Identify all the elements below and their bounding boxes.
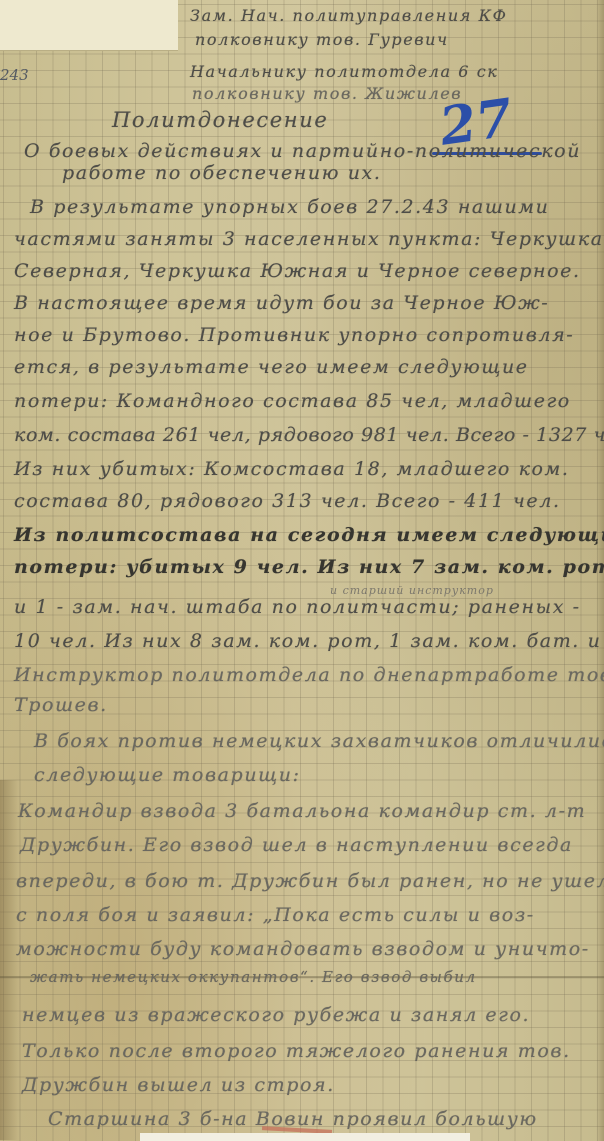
body-line: Дружбин вышел из строя. — [22, 1074, 335, 1096]
document-title: Политдонесение — [112, 108, 328, 132]
body-line: 10 чел. Из них 8 зам. ком. рот, 1 зам. к… — [14, 630, 601, 652]
body-line: Инструктор политотдела по днепартработе … — [14, 664, 604, 686]
body-line: В боях против немецких захватчиков отлич… — [34, 730, 604, 752]
paper-scrap-top-left — [0, 0, 178, 51]
addressee-line-4: полковнику тов. Жижилев — [192, 84, 462, 103]
body-line: с поля боя и заявил: „Пока есть силы и в… — [16, 904, 535, 926]
addressee-line-1: Зам. Нач. политуправления КФ — [190, 6, 508, 25]
body-line: и 1 - зам. нач. штаба по политчасти; ран… — [14, 596, 581, 618]
body-line: частями заняты 3 населенных пункта: Черк… — [14, 228, 604, 250]
body-line: Трошев. — [14, 694, 108, 716]
body-line: Старшина 3 б-на Вовин проявил большую — [48, 1108, 538, 1130]
body-line: Командир взвода 3 батальона командир ст.… — [18, 800, 586, 822]
body-line: можности буду командовать взводом и унич… — [16, 938, 590, 960]
body-line: Из них убитых: Комсостава 18, младшего к… — [14, 458, 570, 480]
body-line: жать немецких оккупантов“. Его взвод выб… — [30, 968, 477, 986]
body-line: Из политсостава на сегодня имеем следующ… — [14, 524, 604, 546]
body-line: Северная, Черкушка Южная и Черное северн… — [14, 260, 581, 282]
body-line: В результате упорных боев 27.2.43 нашими — [30, 196, 550, 218]
addressee-line-2: полковнику тов. Гуревич — [195, 30, 449, 49]
subject-line-2: работе по обеспечению их. — [62, 162, 382, 184]
page-stain-left — [0, 780, 18, 1140]
body-line: следующие товарищи: — [34, 764, 301, 786]
addressee-line-3: Начальнику политотдела 6 ск — [190, 62, 498, 81]
body-line: ное и Брутово. Противник упорно сопротив… — [14, 324, 574, 346]
body-line: ется, в результате чего имеем следующие — [14, 356, 529, 378]
body-line: потери: убитых 9 чел. Из них 7 зам. ком.… — [14, 556, 604, 578]
subject-line-1: О боевых действиях и партийно-политическ… — [24, 140, 581, 162]
body-line: потери: Командного состава 85 чел, младш… — [14, 390, 571, 412]
body-line: Дружбин. Его взвод шел в наступлении все… — [20, 834, 573, 856]
body-line: впереди, в бою т. Дружбин был ранен, но … — [16, 870, 604, 892]
body-line: Только после второго тяжелого ранения то… — [22, 1040, 571, 1062]
body-line: состава 80, рядового 313 чел. Всего - 41… — [14, 490, 561, 512]
archive-number: 243 — [0, 66, 29, 84]
paper-scrap-bottom — [140, 1133, 470, 1141]
body-line: немцев из вражеского рубежа и занял его. — [22, 1004, 530, 1026]
body-line: В настоящее время идут бои за Черное Юж- — [14, 292, 549, 314]
body-line: ком. состава 261 чел, рядового 981 чел. … — [14, 424, 604, 446]
